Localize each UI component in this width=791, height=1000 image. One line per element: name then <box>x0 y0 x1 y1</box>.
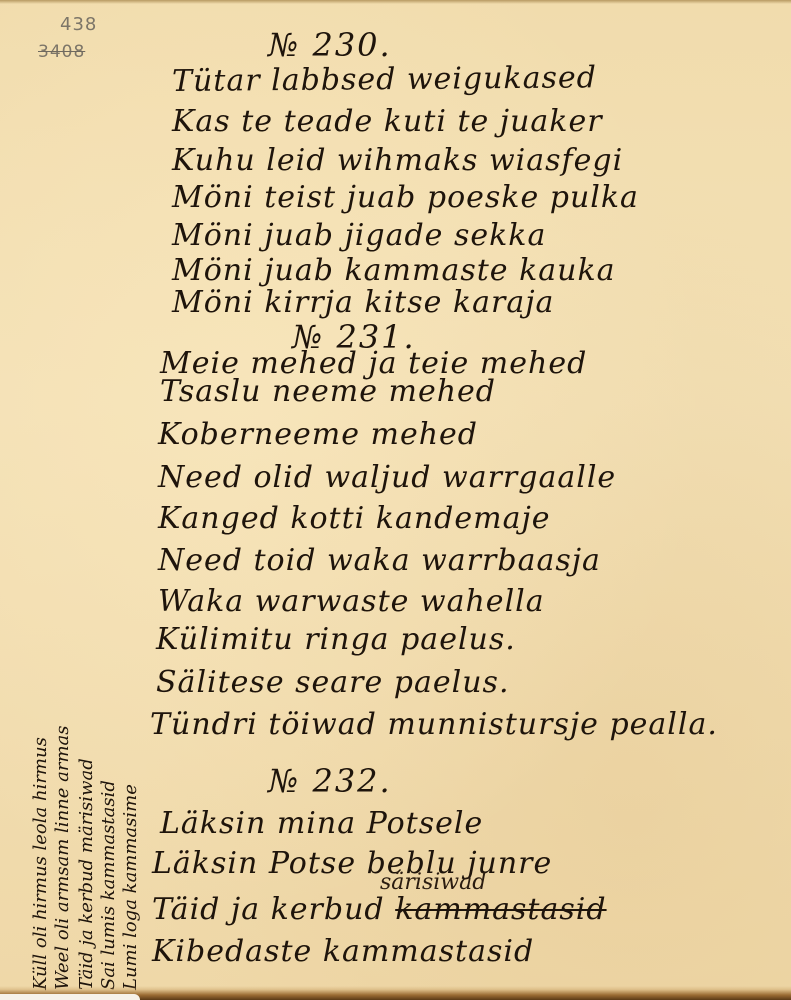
margin-note-line: Küll oli hirmus leola hirmus <box>30 737 51 990</box>
scan-background-corner <box>0 994 140 1000</box>
inserted-correction: särisiwad <box>380 870 486 895</box>
verse-line: Need olid waljud warrgaalle <box>158 460 616 495</box>
verse-line: Waka warwaste wahella <box>158 584 545 619</box>
verse-line: Möni kirrja kitse karaja <box>172 285 554 320</box>
verse-line: Kanged kotti kandemaje <box>158 501 551 536</box>
verse-line: Läksin mina Potsele <box>160 806 483 841</box>
verse-line: Tütar labbsed weigukased <box>172 60 597 99</box>
verse-line: Kuhu leid wihmaks wiasfegi <box>172 143 623 178</box>
verse-line: Sälitese seare paelus. <box>156 665 509 700</box>
margin-note-line: Weel oli armsam linne armas <box>52 726 73 991</box>
margin-note-line: Täid ja kerbud märisiwad <box>76 758 97 990</box>
section-heading-230: № 230. <box>268 26 392 64</box>
margin-notes: Küll oli hirmus leola hirmus Weel oli ar… <box>30 530 140 990</box>
verse-line: Tsaslu neeme mehed <box>160 374 496 409</box>
verse-line: Möni teist juab poeske pulka <box>172 180 639 215</box>
verse-line: Läksin Potse beblu junre <box>152 846 552 881</box>
verse-line: Möni juab jigade sekka <box>172 218 546 253</box>
verse-line-with-correction: Täid ja kerbud kammastasid <box>152 892 607 927</box>
verse-line: Möni juab kammaste kauka <box>172 253 616 288</box>
verse-line: Need toid waka warrbaasja <box>158 543 601 578</box>
section-heading-232: № 232. <box>268 762 392 800</box>
manuscript-page: 438 3408 № 230. Tütar labbsed weigukased… <box>0 0 791 1000</box>
paper-top-edge <box>0 0 791 4</box>
verse-line: Kibedaste kammastasid <box>152 934 534 969</box>
struck-word: kammastasid <box>395 892 606 927</box>
margin-note-line: Lumi loga kammasime <box>120 784 141 990</box>
archive-number-crossed-out: 3408 <box>38 42 85 62</box>
verse-line-text: Täid ja kerbud <box>152 892 385 927</box>
margin-note-line: Sai lumis kammastasid <box>98 780 119 990</box>
verse-line: Koberneeme mehed <box>158 417 478 452</box>
verse-line: Kas te teade kuti te juaker <box>172 104 603 139</box>
verse-line: Külimitu ringa paelus. <box>156 622 516 657</box>
verse-line: Tündri töiwad munnistursje pealla. <box>150 707 718 742</box>
archive-number-current: 438 <box>60 14 97 35</box>
